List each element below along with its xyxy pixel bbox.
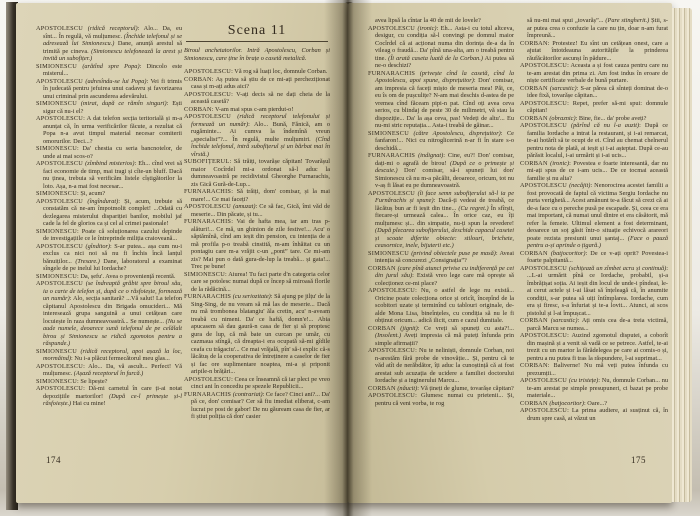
dialogue-entry: FURNARACHIS: Să trăiți, dom' comisar, și…: [184, 188, 330, 203]
dialogue-entry: CORBAN (care pînă atunci privise cu indi…: [368, 265, 514, 288]
page-right: avea lipsă la cîntar la 40 de mii de lov…: [348, 3, 672, 503]
speaker-name: APOSTOLESCU: [520, 377, 567, 384]
dialogue-entry: SIMIONESCU: Poate că soluționarea cazulu…: [36, 228, 182, 243]
speaker-name: APOSTOLESCU: [36, 198, 83, 205]
dialogue-entry: CORBAN (jignit): Ce vreți să spuneți cu …: [368, 325, 514, 348]
dialogue-entry: FURNARACHIS (cu seriozitate): Să ajung p…: [184, 293, 330, 376]
dialogue-entry: APOSTOLESCU: Auzind zgomotul disputei, a…: [520, 332, 668, 362]
speaker-name: APOSTOLESCU: [368, 25, 415, 32]
speaker-name: APOSTOLESCU: [520, 265, 567, 272]
speaker-name: APOSTOLESCU: [184, 68, 231, 75]
dialogue-entry: SIMIONESCU (privind obiectele puse pe ma…: [368, 250, 514, 265]
dialogue-entry: SIMIONESCU (ridică receptorul, apoi așaz…: [36, 348, 182, 363]
speaker-name: CORBAN: [368, 265, 396, 272]
dialogue-entry: SIMIONESCU (către Apostolescu, disprețui…: [368, 130, 514, 153]
dialogue-entry: FURNARACHIS (privește cînd la casetă, cî…: [368, 70, 514, 130]
dialogue-entry: APOSTOLESCU (zîmbind misterios): Eh... c…: [36, 160, 182, 190]
dialogue-entry: APOSTOLESCU: Aceasta a și fost cauza pen…: [520, 62, 668, 85]
speaker-name: APOSTOLESCU: [36, 363, 83, 370]
dialogue-entry: SIMIONESCU (arătînd spre Popa): Dincolo …: [36, 63, 182, 78]
dialogue-entry: avea lipsă la cîntar la 40 de mii de lov…: [368, 17, 514, 25]
speaker-name: SIMIONESCU: [368, 130, 409, 137]
speaker-name: APOSTOLESCU: [368, 347, 415, 354]
right-page-column-1: avea lipsă la cîntar la 40 de mii de lov…: [368, 17, 514, 469]
dialogue-entry: APOSTOLESCU: A dat telefon secția terito…: [36, 115, 182, 145]
page-number-left: 174: [46, 455, 61, 465]
dialogue-entry: CORBAN: Baliverne! Nu mă veți putea înfu…: [520, 362, 668, 377]
page-edge-stack: [672, 8, 692, 502]
dialogue-entry: CORBAN: V-am mai spus c-am pierdut-o!: [184, 106, 330, 114]
speaker-name: SIMIONESCU: [36, 145, 77, 152]
speaker-name: APOSTOLESCU: [184, 113, 231, 120]
speaker-name: APOSTOLESCU: [368, 190, 415, 197]
dialogue-entry: APOSTOLESCU (ironic): Eh... Asta-i cu to…: [368, 25, 514, 70]
speaker-name: FURNARACHIS: [184, 218, 231, 225]
dialogue-entry: APOSTOLESCU (părînd că nu l-a auzit): Du…: [520, 122, 668, 160]
dialogue-entry: APOSTOLESCU (adresîndu-se lui Popa): Vei…: [36, 78, 182, 101]
dialogue-entry: APOSTOLESCU (schițează un zîmbet acru și…: [520, 265, 668, 318]
speaker-name: APOSTOLESCU: [36, 243, 83, 250]
speaker-name: APOSTOLESCU: [520, 407, 567, 414]
speaker-name: APOSTOLESCU: [184, 203, 231, 210]
speaker-name: APOSTOLESCU: [36, 385, 83, 392]
dialogue-entry: APOSTOLESCU (îngîndurat): Și, acum, treb…: [36, 198, 182, 228]
book-spread-photo: APOSTOLESCU (ridică receptorul): Alo... …: [0, 0, 700, 516]
dialogue-entry: CORBAN (obraznic): Bine, fie... da' prob…: [520, 115, 668, 123]
speaker-name: SIMIONESCU: [36, 273, 77, 280]
speaker-name: FURNARACHIS: [184, 188, 231, 195]
stage-direction: Biroul anchetatorilor. Intră Apostolescu…: [184, 47, 330, 62]
speaker-name: SIMIONESCU: [36, 348, 77, 355]
dialogue-entry: CORBAN (sarcastic): Ați omis cea de-a tr…: [520, 317, 668, 332]
dialogue-entry: APOSTOLESCU: Alo... Da, vă ascult... Per…: [36, 363, 182, 378]
dialogue-entry: SIMIONESCU: Da, șefu'. Avea o provenienț…: [36, 273, 182, 281]
left-page-column-2-entries: APOSTOLESCU: Vă rog să luați loc, domnul…: [184, 68, 330, 421]
dialogue-entry: APOSTOLESCU: Glumesc numai cu prietenii.…: [368, 392, 514, 407]
speaker-name: APOSTOLESCU: [520, 182, 567, 189]
speaker-name: SIMIONESCU: [184, 271, 225, 278]
dialogue-entry: FURNARACHIS (contrariat): Ce face? Cinci…: [184, 391, 330, 421]
dialogue-entry: APOSTOLESCU (cu tristețe): Nu, domnule C…: [520, 377, 668, 400]
speaker-name: SIMIONESCU: [36, 63, 77, 70]
speaker-name: CORBAN: [520, 115, 548, 122]
dialogue-entry: APOSTOLESCU (gînditor): S-ar putea... aș…: [36, 243, 182, 273]
dialogue-entry: APOSTOLESCU: Ceea ce înseamnă că iar ple…: [184, 376, 330, 391]
speaker-name: CORBAN: [520, 362, 548, 369]
dialogue-entry: CORBAN (batjocoritor): De ce v-ați oprit…: [520, 250, 668, 265]
dialogue-entry: să nu-mi mai spui „tovarăș”... (Pare sti…: [520, 17, 668, 40]
speaker-name: APOSTOLESCU: [36, 160, 83, 167]
dialogue-entry: CORBAN: Aș putea să știu de ce mi-ați pe…: [184, 76, 330, 91]
speaker-name: CORBAN: [368, 385, 396, 392]
dialogue-entry: CORBAN (ironic): Povestea e foarte inter…: [520, 160, 668, 183]
scene-title-rule: [186, 41, 328, 42]
speaker-name: CORBAN: [520, 85, 548, 92]
speaker-name: CORBAN: [520, 250, 548, 257]
speaker-name: APOSTOLESCU: [184, 91, 231, 98]
speaker-name: FURNARACHIS: [184, 293, 231, 300]
speaker-name: SIMIONESCU: [36, 378, 77, 385]
speaker-name: SUBOFIȚERUL: [184, 158, 229, 165]
dialogue-entry: APOSTOLESCU (se îndreaptă grăbit spre bi…: [36, 280, 182, 348]
speaker-name: APOSTOLESCU: [36, 115, 83, 122]
dialogue-entry: APOSTOLESCU (amuzat): Ce să fac, Gică, î…: [184, 203, 330, 218]
speaker-name: APOSTOLESCU: [184, 376, 231, 383]
dialogue-entry: APOSTOLESCU: Nu, o astfel de lege nu exi…: [368, 287, 514, 325]
dialogue-entry: FURNARACHIS: Vai de hafta mea, iar am tr…: [184, 218, 330, 271]
page-left: APOSTOLESCU (ridică receptorul): Alo... …: [16, 3, 348, 503]
speaker-name: SIMIONESCU: [36, 100, 77, 107]
page-number-right: 175: [631, 455, 646, 465]
dialogue-entry: APOSTOLESCU (îi face semn subofițerului …: [368, 190, 514, 250]
speaker-name: APOSTOLESCU: [36, 280, 83, 287]
speaker-name: SIMIONESCU: [36, 190, 77, 197]
dialogue-entry: CORBAN (sarcastic): S-ar părea că sînteț…: [520, 85, 668, 100]
speaker-name: APOSTOLESCU: [520, 332, 567, 339]
dialogue-entry: CORBAN (năucit): Vă țineți de glume, tov…: [368, 385, 514, 393]
speaker-name: APOSTOLESCU: [520, 100, 567, 107]
dialogue-entry: CORBAN (batjocoritor): Oare...?: [520, 400, 668, 408]
dialogue-entry: APOSTOLESCU: Nu te neliniști, domnule Co…: [368, 347, 514, 385]
dialogue-entry: SIMIONESCU (mirat, după ce rămîn singuri…: [36, 100, 182, 115]
scene-title: Scena 11: [184, 23, 330, 39]
speaker-name: APOSTOLESCU: [36, 25, 83, 32]
dialogue-entry: SUBOFIȚERUL: Să trăiți, tovarășe căpitan…: [184, 158, 330, 188]
speaker-name: SIMIONESCU: [368, 250, 409, 257]
speaker-name: CORBAN: [520, 160, 548, 167]
speaker-name: SIMIONESCU: [36, 228, 77, 235]
speaker-name: CORBAN: [184, 76, 212, 83]
speaker-name: CORBAN: [368, 325, 396, 332]
dialogue-entry: SIMIONESCU: Se lipește?: [36, 378, 182, 386]
speaker-name: APOSTOLESCU: [36, 78, 83, 85]
dialogue-entry: APOSTOLESCU: V-ați decis să ne dați chei…: [184, 91, 330, 106]
dialogue-entry: FURNARACHIS (indignat): Cine, eu?! Don' …: [368, 152, 514, 190]
speaker-name: APOSTOLESCU: [520, 62, 567, 69]
dialogue-entry: CORBAN: Protestez! Eu sînt un cetățean o…: [520, 40, 668, 63]
speaker-name: CORBAN: [520, 40, 548, 47]
left-page-column-1: APOSTOLESCU (ridică receptorul): Alo... …: [36, 25, 182, 477]
speaker-name: CORBAN: [520, 400, 548, 407]
speaker-name: FURNARACHIS: [368, 152, 415, 159]
dialogue-entry: SIMIONESCU: Da' chestia cu seria bancnot…: [36, 145, 182, 160]
speaker-name: APOSTOLESCU: [368, 287, 415, 294]
dialogue-entry: APOSTOLESCU: Dă-mi carnetul în care ți-a…: [36, 385, 182, 408]
dialogue-entry: APOSTOLESCU (ridică receptorul): Alo... …: [36, 25, 182, 63]
speaker-name: FURNARACHIS: [368, 70, 415, 77]
dialogue-entry: APOSTOLESCU (necăjit): Nenorocirea acest…: [520, 182, 668, 250]
dialogue-entry: SIMIONESCU: Și, acum?: [36, 190, 182, 198]
speaker-name: APOSTOLESCU: [520, 122, 567, 129]
dialogue-entry: APOSTOLESCU (ridică receptorul telefonul…: [184, 113, 330, 158]
speaker-name: FURNARACHIS: [184, 391, 231, 398]
speaker-name: APOSTOLESCU: [368, 392, 415, 399]
dialogue-entry: APOSTOLESCU: Repet, prefer să-mi spui: d…: [520, 100, 668, 115]
dialogue-entry: APOSTOLESCU: La prima audiere, ai susțin…: [520, 407, 668, 422]
left-page-column-2: Scena 11 Biroul anchetatorilor. Intră Ap…: [184, 17, 330, 469]
dialogue-entry: APOSTOLESCU: Vă rog să luați loc, domnul…: [184, 68, 330, 76]
speaker-name: CORBAN: [520, 317, 548, 324]
dialogue-entry: SIMIONESCU: Aiurea! Tu faci parte d'n ca…: [184, 271, 330, 294]
right-page-column-2: să nu-mi mai spui „tovarăș”... (Pare sti…: [520, 17, 668, 469]
speaker-name: CORBAN: [184, 106, 212, 113]
